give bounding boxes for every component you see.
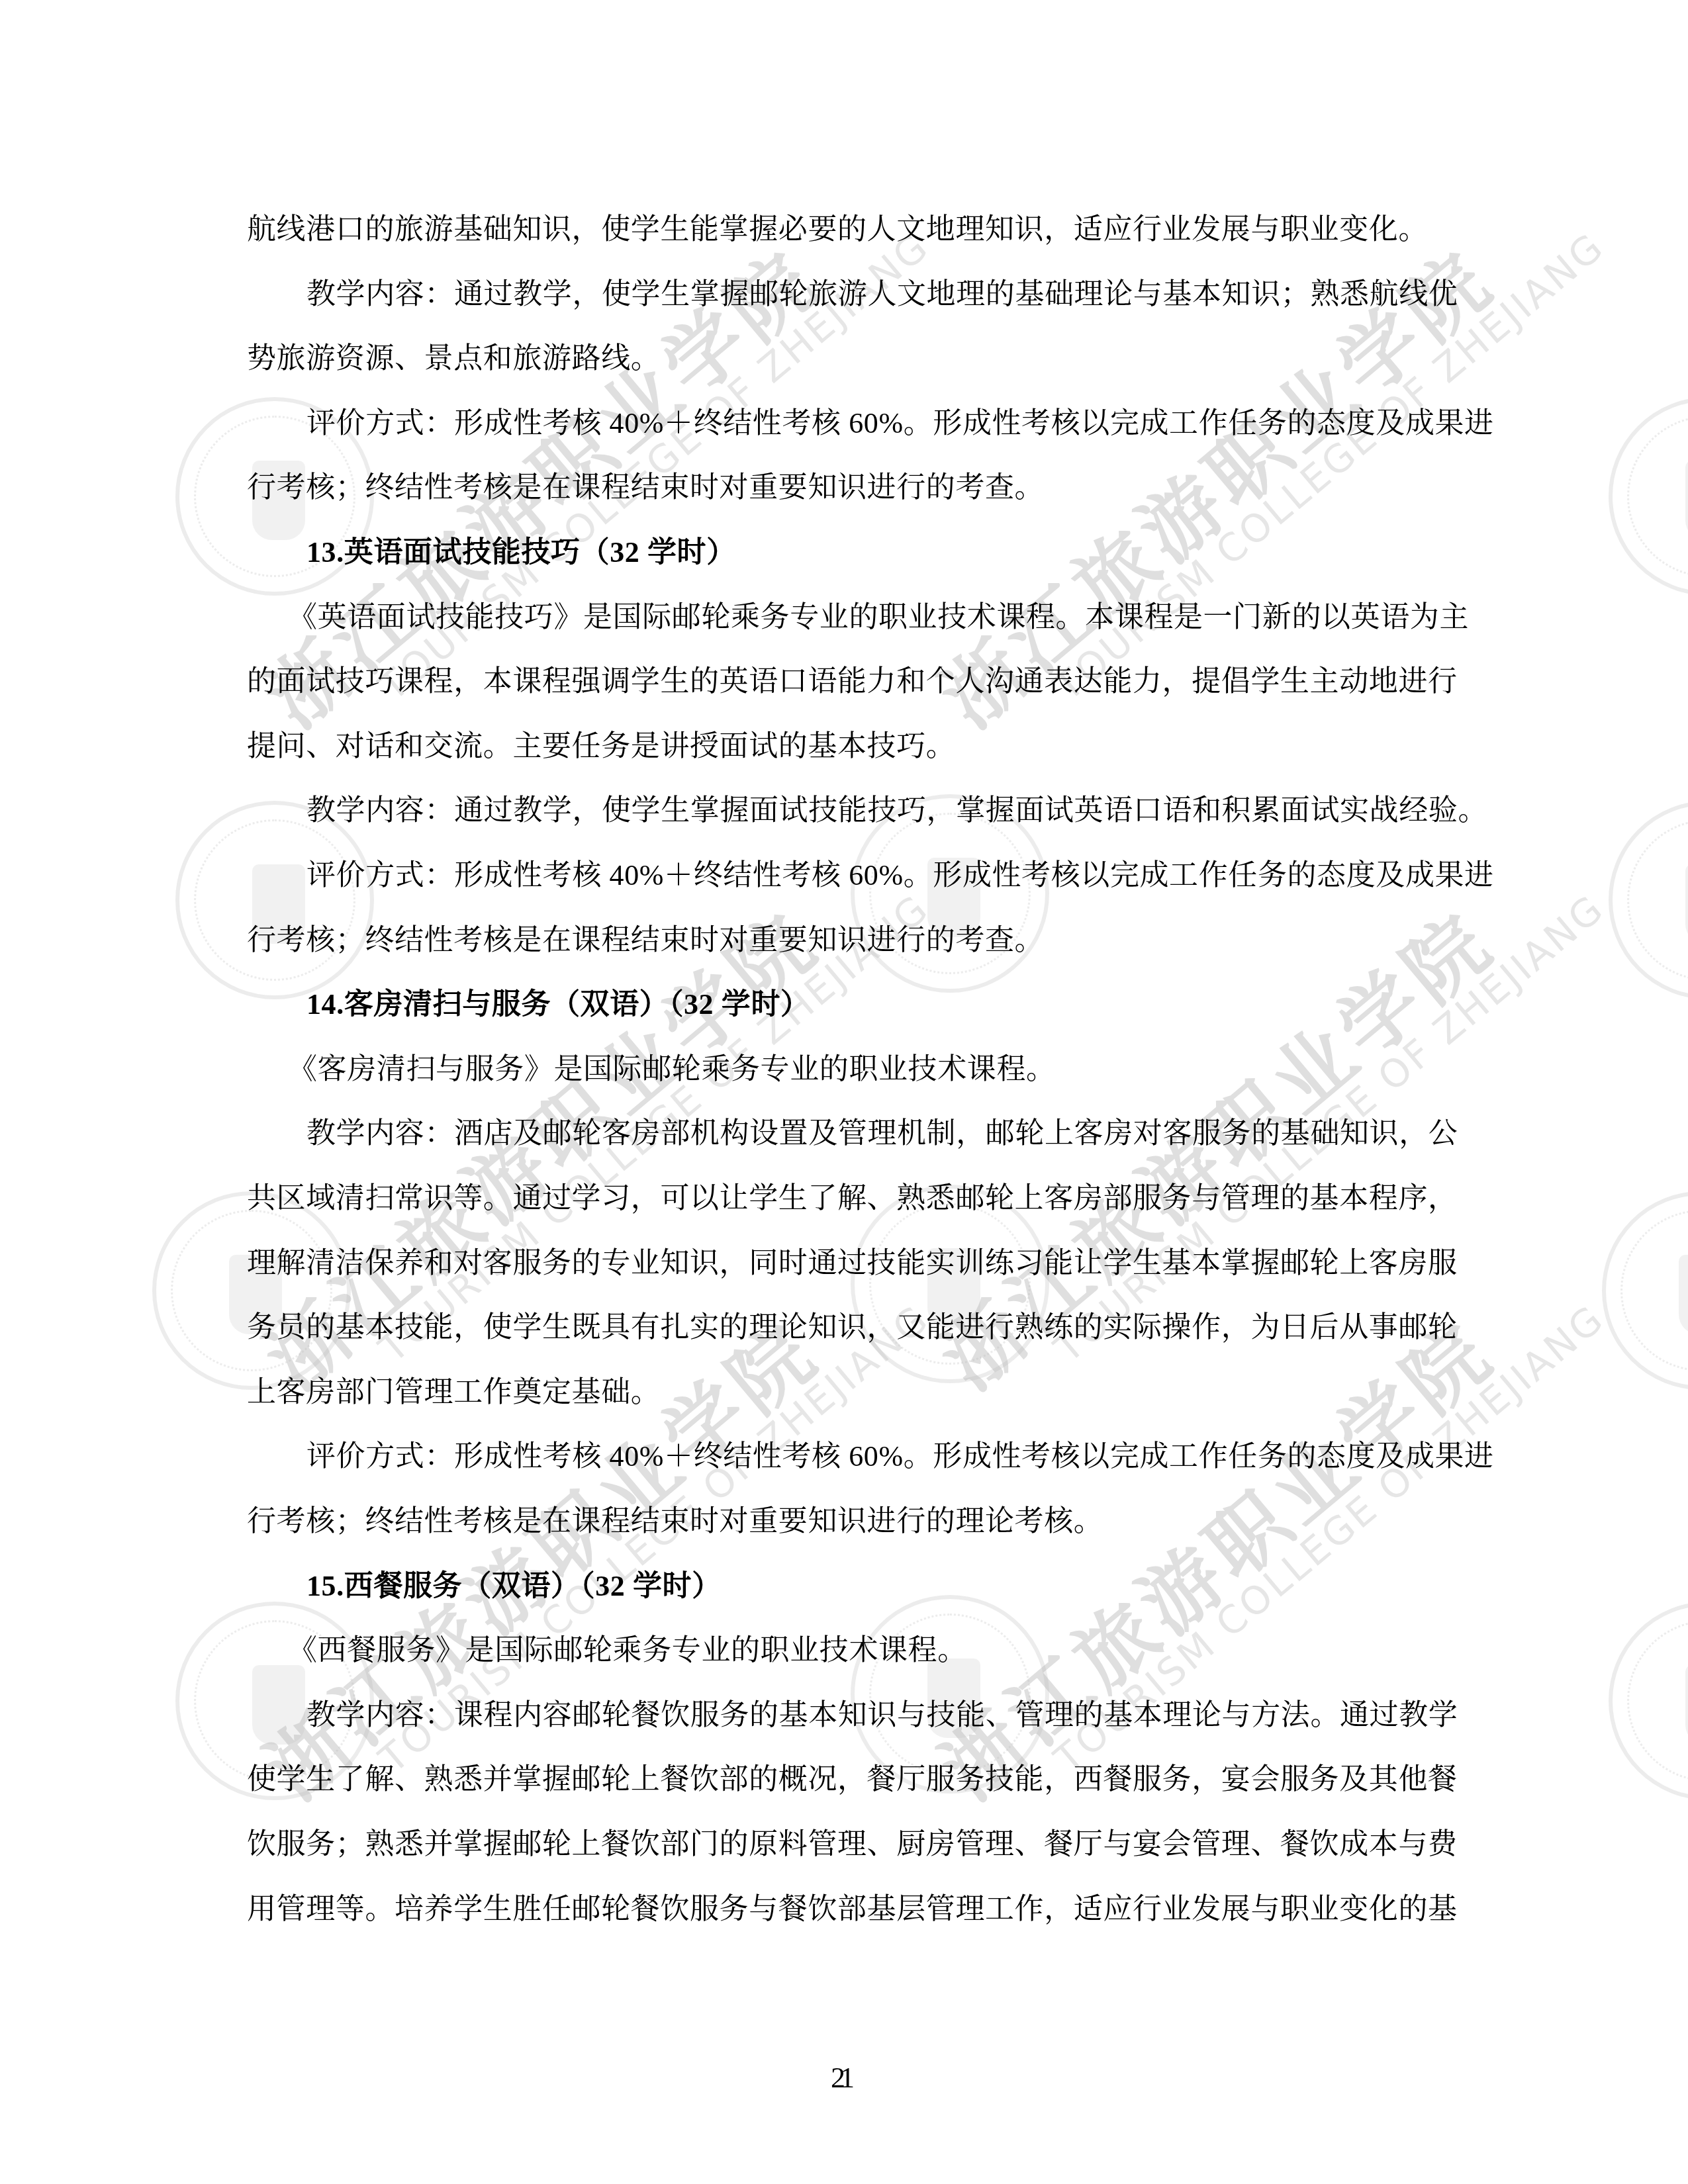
body-text-line: 共区域清扫常识等。通过学习，可以让学生了解、熟悉邮轮上客房部服务与管理的基本程序… <box>247 1179 1438 1218</box>
body-text-line: 行考核；终结性考核是在课程结束时对重要知识进行的理论考核。 <box>247 1502 1438 1541</box>
body-text-line: 饮服务；熟悉并掌握邮轮上餐饮部门的原料管理、厨房管理、餐厅与宴会管理、餐饮成本与… <box>247 1825 1438 1864</box>
section-heading-14: 14.客房清扫与服务（双语）（32 学时） <box>247 985 1438 1024</box>
college-seal-watermark-icon <box>1609 801 1688 999</box>
body-text-line: 教学内容：酒店及邮轮客房部机构设置及管理机制，邮轮上客房对客服务的基础知识，公 <box>247 1114 1438 1154</box>
body-text-line: 的面试技巧课程，本课程强调学生的英语口语能力和个人沟通表达能力，提倡学生主动地进… <box>247 662 1438 702</box>
body-text-line: 评价方式：形成性考核 40%＋终结性考核 60%。形成性考核以完成工作任务的态度… <box>247 856 1438 895</box>
body-text-line: 《西餐服务》是国际邮轮乘务专业的职业技术课程。 <box>247 1631 1438 1670</box>
body-text-line: 评价方式：形成性考核 40%＋终结性考核 60%。形成性考核以完成工作任务的态度… <box>247 1437 1438 1477</box>
body-text-line: 评价方式：形成性考核 40%＋终结性考核 60%。形成性考核以完成工作任务的态度… <box>247 404 1438 443</box>
body-text-line: 用管理等。培养学生胜任邮轮餐饮服务与餐饮部基层管理工作，适应行业发展与职业变化的… <box>247 1889 1438 1929</box>
body-text-line: 行考核；终结性考核是在课程结束时对重要知识进行的考查。 <box>247 468 1438 508</box>
body-text-line: 务员的基本技能，使学生既具有扎实的理论知识，又能进行熟练的实际操作，为日后从事邮… <box>247 1308 1438 1347</box>
body-text-line: 教学内容：通过教学，使学生掌握邮轮旅游人文地理的基础理论与基本知识；熟悉航线优 <box>247 275 1438 314</box>
section-heading-13: 13.英语面试技能技巧（32 学时） <box>247 533 1438 572</box>
body-text-line: 理解清洁保养和对客服务的专业知识，同时通过技能实训练习能让学生基本掌握邮轮上客房… <box>247 1244 1438 1283</box>
college-seal-watermark-icon <box>1602 1191 1688 1390</box>
document-page: 浙江旅游职业学院 TOURISM COLLEGE OF ZHEJIANG 浙江旅… <box>0 0 1688 2184</box>
college-seal-watermark-icon <box>152 1191 351 1390</box>
body-text-line: 教学内容：通过教学，使学生掌握面试技能技巧，掌握面试英语口语和积累面试实战经验。 <box>247 791 1438 831</box>
body-text-line: 使学生了解、熟悉并掌握邮轮上餐饮部的概况，餐厅服务技能，西餐服务，宴会服务及其他… <box>247 1760 1438 1799</box>
page-number: 21 <box>831 2062 849 2095</box>
body-text-line: 上客房部门管理工作奠定基础。 <box>247 1373 1438 1412</box>
body-text-line: 航线港口的旅游基础知识，使学生能掌握必要的人文地理知识，适应行业发展与职业变化。 <box>247 210 1438 250</box>
watermark-college-name-cn: 浙江旅游职业学院 <box>914 1292 1514 1821</box>
watermark-college-name-cn: 浙江旅游职业学院 <box>238 1292 839 1821</box>
section-heading-15: 15.西餐服务（双语）（32 学时） <box>247 1567 1438 1606</box>
body-text-line: 行考核；终结性考核是在课程结束时对重要知识进行的考查。 <box>247 921 1438 960</box>
college-seal-watermark-icon <box>1609 1602 1688 1800</box>
body-text-line: 《客房清扫与服务》是国际邮轮乘务专业的职业技术课程。 <box>247 1050 1438 1089</box>
body-text-line: 提问、对话和交流。主要任务是讲授面试的基本技巧。 <box>247 727 1438 766</box>
body-text-line: 《英语面试技能技巧》是国际邮轮乘务专业的职业技术课程。本课程是一门新的以英语为主 <box>247 598 1438 637</box>
college-seal-watermark-icon <box>1609 397 1688 596</box>
body-text-line: 教学内容：课程内容邮轮餐饮服务的基本知识与技能、管理的基本理论与方法。通过教学 <box>247 1696 1438 1735</box>
body-text-line: 势旅游资源、景点和旅游路线。 <box>247 339 1438 379</box>
